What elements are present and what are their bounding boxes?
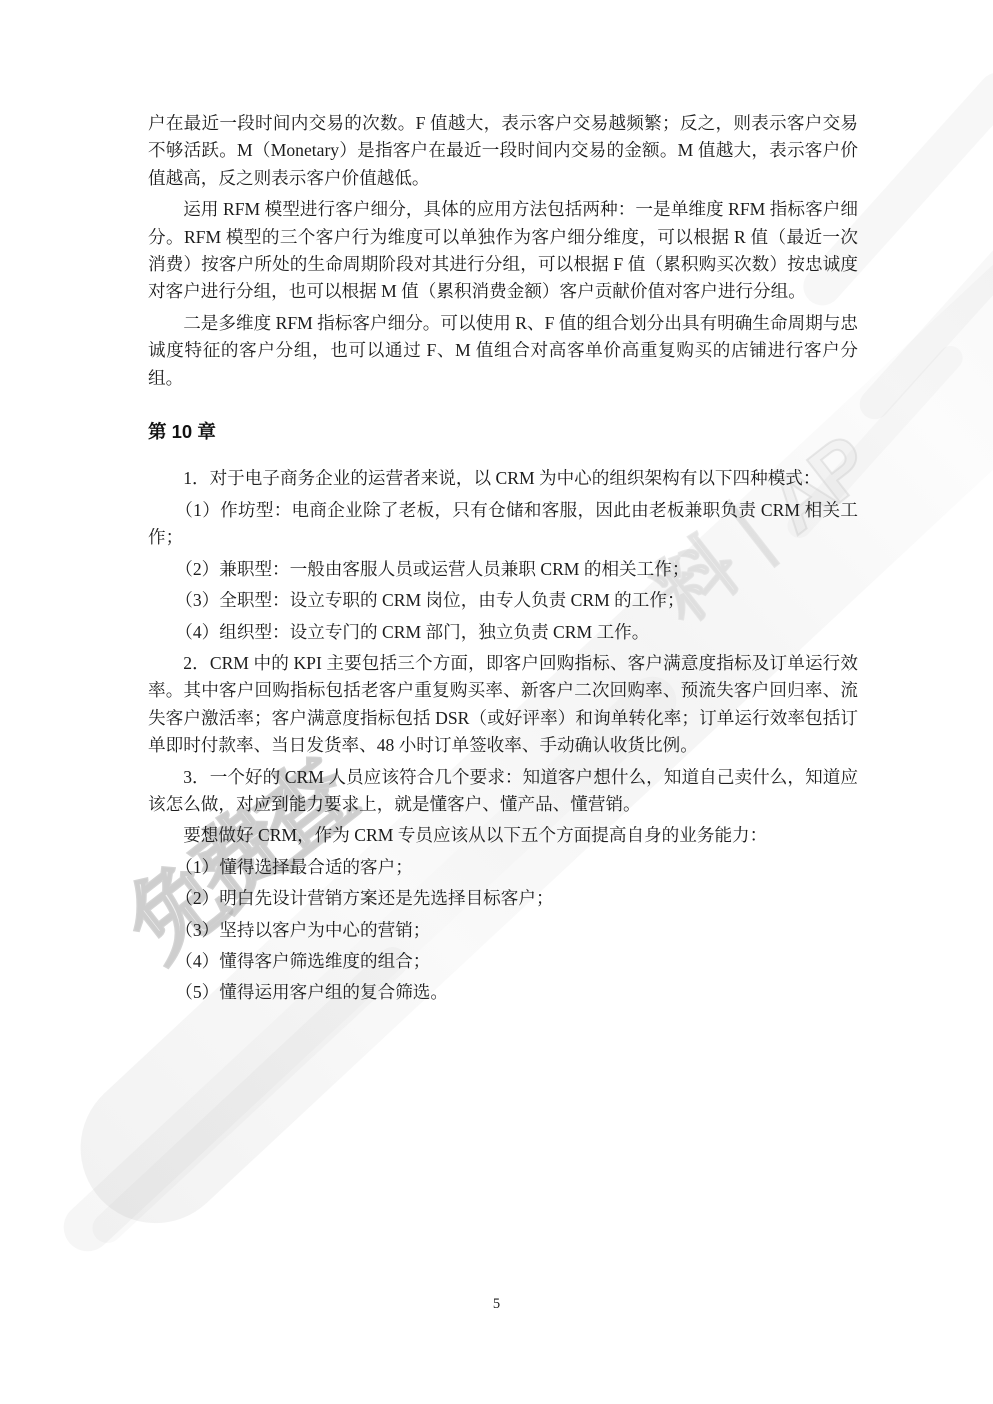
answer-paragraph: 1．对于电子商务企业的运营者来说，以 CRM 为中心的组织架构有以下四种模式： xyxy=(148,465,858,492)
list-item-paragraph: （4）组织型：设立专门的 CRM 部门，独立负责 CRM 工作。 xyxy=(148,619,858,646)
page-content: 户在最近一段时间内交易的次数。F 值越大，表示客户交易越频繁；反之，则表示客户交… xyxy=(0,0,993,1007)
page-number: 5 xyxy=(0,1296,993,1313)
list-item-paragraph: （4）懂得客户筛选维度的组合； xyxy=(148,948,858,975)
list-item-paragraph: （1）作坊型：电商企业除了老板，只有仓储和客服，因此由老板兼职负责 CRM 相关… xyxy=(148,497,858,552)
list-item-paragraph: （3）坚持以客户为中心的营销； xyxy=(148,917,858,944)
answer-paragraph: 要想做好 CRM，作为 CRM 专员应该从以下五个方面提高自身的业务能力： xyxy=(148,822,858,849)
chapter-heading: 第 10 章 xyxy=(148,418,858,445)
document-page: 免费查 料｜AP 户在最近一段时间内交易的次数。F 值越大，表示客户交易越频繁；… xyxy=(0,0,993,1404)
list-item-paragraph: （5）懂得运用客户组的复合筛选。 xyxy=(148,979,858,1006)
answer-paragraph: 3．一个好的 CRM 人员应该符合几个要求：知道客户想什么，知道自己卖什么，知道… xyxy=(148,764,858,819)
body-paragraph: 户在最近一段时间内交易的次数。F 值越大，表示客户交易越频繁；反之，则表示客户交… xyxy=(148,110,858,192)
list-item-paragraph: （1）懂得选择最合适的客户； xyxy=(148,854,858,881)
body-paragraph: 二是多维度 RFM 指标客户细分。可以使用 R、F 值的组合划分出具有明确生命周… xyxy=(148,310,858,392)
list-item-paragraph: （2）明白先设计营销方案还是先选择目标客户； xyxy=(148,885,858,912)
list-item-paragraph: （2）兼职型：一般由客服人员或运营人员兼职 CRM 的相关工作； xyxy=(148,556,858,583)
list-item-paragraph: （3）全职型：设立专职的 CRM 岗位，由专人负责 CRM 的工作； xyxy=(148,587,858,614)
answer-paragraph: 2．CRM 中的 KPI 主要包括三个方面，即客户回购指标、客户满意度指标及订单… xyxy=(148,650,858,760)
body-paragraph: 运用 RFM 模型进行客户细分，具体的应用方法包括两种：一是单维度 RFM 指标… xyxy=(148,196,858,306)
